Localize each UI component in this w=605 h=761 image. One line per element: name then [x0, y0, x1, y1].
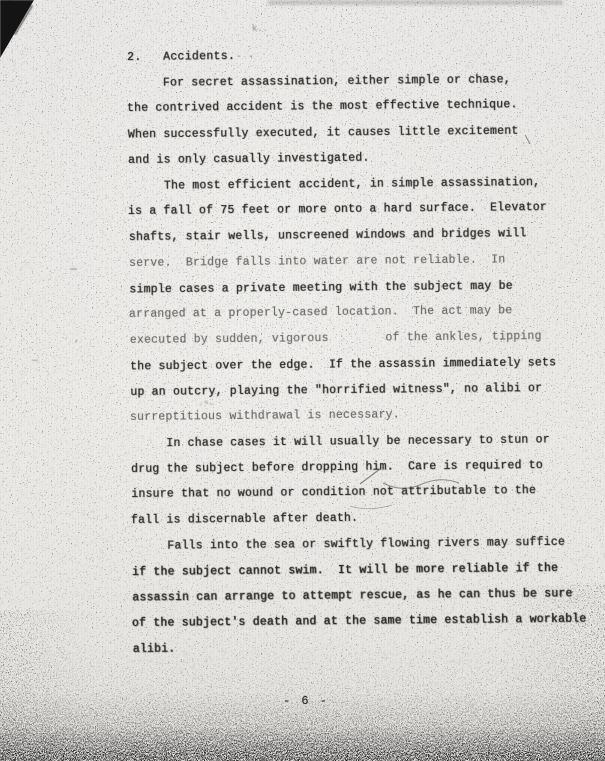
text-line: if the subject cannot swim. It will be m…	[132, 555, 592, 585]
text-line: the contrived accident is the most effec…	[127, 92, 587, 122]
text-line: When successfully executed, it causes li…	[128, 118, 588, 148]
scan-artifact-mark: ,	[74, 334, 80, 345]
page-number: - 6 -	[283, 694, 329, 708]
page-corner-fold	[0, 0, 40, 62]
scanner-edge-band	[268, 0, 563, 5]
body-lines: For secret assassination, either simple …	[127, 66, 593, 662]
scan-artifact-mark: -*~	[198, 400, 214, 410]
text-line: Falls into the sea or swiftly flowing ri…	[132, 530, 592, 560]
scan-artifact-mark: —	[70, 264, 77, 276]
text-line: of the subject's death and at the same t…	[132, 607, 592, 637]
scanned-document-page: 2. Accidents. For secret assassination, …	[0, 0, 605, 761]
scan-artifact-mark: \	[524, 134, 531, 148]
text-line: executed by sudden, vigorous of the ankl…	[130, 324, 590, 354]
text-line: fall is discernable after death.	[131, 504, 591, 534]
text-line: serve. Bridge falls into water are not r…	[129, 246, 589, 276]
scan-artifact-mark: —	[32, 356, 38, 367]
text-line: the subject over the edge. If the assass…	[130, 350, 590, 380]
text-line: is a fall of 75 feet or more onto a hard…	[128, 195, 588, 225]
text-line: In chase cases it will usually be necess…	[131, 427, 591, 457]
scan-artifact-mark: k..	[252, 24, 268, 34]
text-line: alibi.	[133, 632, 593, 662]
scan-artifact-mark: - -	[236, 52, 254, 63]
